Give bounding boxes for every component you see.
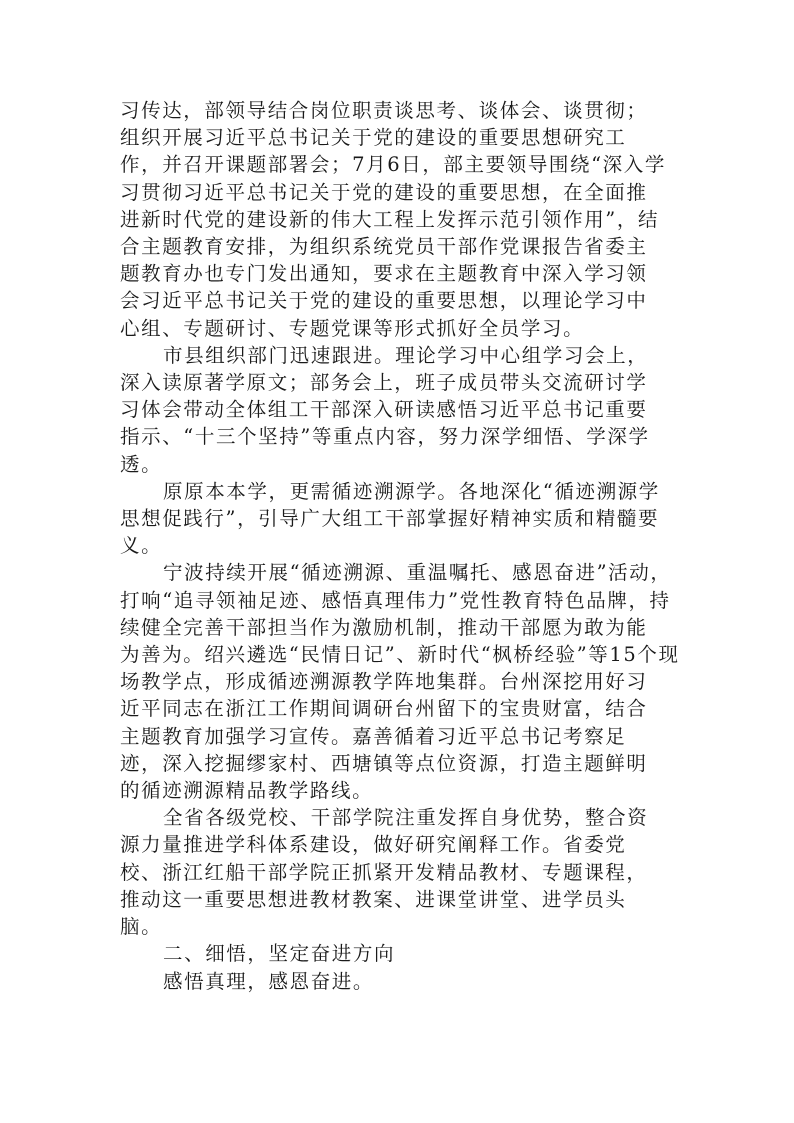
text-line: 感悟真理，感恩奋进。	[120, 968, 680, 995]
paragraph-ningbo: 宁波持续开展“循迹溯源、重温嘱托、感恩奋进”活动， 打响“追寻领袖足迹、感悟真理…	[120, 559, 680, 804]
text-line: 作，并召开课题部署会；7月6日，部主要领导围绕“深入学	[120, 151, 680, 178]
text-line: 为善为。绍兴遴选“民情日记”、新时代“枫桥经验”等15个现	[120, 641, 680, 668]
text-line: 指示、“十三个坚持”等重点内容，努力深学细悟、学深学	[120, 423, 680, 450]
text-line: 近平同志在浙江工作期间调研台州留下的宝贵财富，结合	[120, 695, 680, 722]
text-line: 推动这一重要思想进教材教案、进课堂讲堂、进学员头	[120, 886, 680, 913]
text-line: 宁波持续开展“循迹溯源、重温嘱托、感恩奋进”活动，	[120, 559, 680, 586]
text-line: 主题教育加强学习宣传。嘉善循着习近平总书记考察足	[120, 723, 680, 750]
text-line: 合主题教育安排，为组织系统党员干部作党课报告省委主	[120, 233, 680, 260]
paragraph-city-county: 市县组织部门迅速跟进。理论学习中心组学习会上， 深入读原著学原文；部务会上，班子…	[120, 342, 680, 478]
text-line: 组织开展习近平总书记关于党的建设的重要思想研究工	[120, 124, 680, 151]
text-line: 场教学点，形成循迹溯源教学阵地集群。台州深挖用好习	[120, 668, 680, 695]
text-line: 的循迹溯源精品教学路线。	[120, 777, 680, 804]
text-line: 心组、专题研讨、专题党课等形式抓好全员学习。	[120, 315, 680, 342]
text-line: 迹，深入挖掘缪家村、西塘镇等点位资源，打造主题鲜明	[120, 750, 680, 777]
text-line: 思想促践行”，引导广大组工干部掌握好精神实质和精髓要	[120, 505, 680, 532]
text-line: 题教育办也专门发出通知，要求在主题教育中深入学习领	[120, 260, 680, 287]
text-line: 会习近平总书记关于党的建设的重要思想，以理论学习中	[120, 287, 680, 314]
paragraph-party-schools: 全省各级党校、干部学院注重发挥自身优势，整合资 源力量推进学科体系建设，做好研究…	[120, 804, 680, 940]
text-line: 进新时代党的建设新的伟大工程上发挥示范引领作用”，结	[120, 206, 680, 233]
text-line: 习贯彻习近平总书记关于党的建设的重要思想，在全面推	[120, 179, 680, 206]
text-line: 习体会带动全体组工干部深入研读感悟习近平总书记重要	[120, 396, 680, 423]
text-line: 义。	[120, 532, 680, 559]
section-heading-text: 二、细悟，坚定奋进方向	[120, 940, 680, 967]
text-line: 深入读原著学原文；部务会上，班子成员带头交流研讨学	[120, 369, 680, 396]
text-line: 打响“追寻领袖足迹、感悟真理伟力”党性教育特色品牌，持	[120, 587, 680, 614]
text-line: 续健全完善干部担当作为激励机制，推动干部愿为敢为能	[120, 614, 680, 641]
text-line: 源力量推进学科体系建设，做好研究阐释工作。省委党	[120, 831, 680, 858]
text-line: 校、浙江红船干部学院正抓紧开发精品教材、专题课程，	[120, 859, 680, 886]
paragraph-continuation: 习传达，部领导结合岗位职责谈思考、谈体会、谈贯彻； 组织开展习近平总书记关于党的…	[120, 97, 680, 342]
section-heading-2: 二、细悟，坚定奋进方向	[120, 940, 680, 967]
text-line: 原原本本学，更需循迹溯源学。各地深化“循迹溯源学	[120, 478, 680, 505]
text-line: 透。	[120, 451, 680, 478]
text-line: 全省各级党校、干部学院注重发挥自身优势，整合资	[120, 804, 680, 831]
text-line: 脑。	[120, 913, 680, 940]
text-line: 市县组织部门迅速跟进。理论学习中心组学习会上，	[120, 342, 680, 369]
paragraph-insight: 感悟真理，感恩奋进。	[120, 968, 680, 995]
paragraph-trace-source: 原原本本学，更需循迹溯源学。各地深化“循迹溯源学 思想促践行”，引导广大组工干部…	[120, 478, 680, 560]
document-page: 习传达，部领导结合岗位职责谈思考、谈体会、谈贯彻； 组织开展习近平总书记关于党的…	[120, 97, 680, 995]
text-line: 习传达，部领导结合岗位职责谈思考、谈体会、谈贯彻；	[120, 97, 680, 124]
